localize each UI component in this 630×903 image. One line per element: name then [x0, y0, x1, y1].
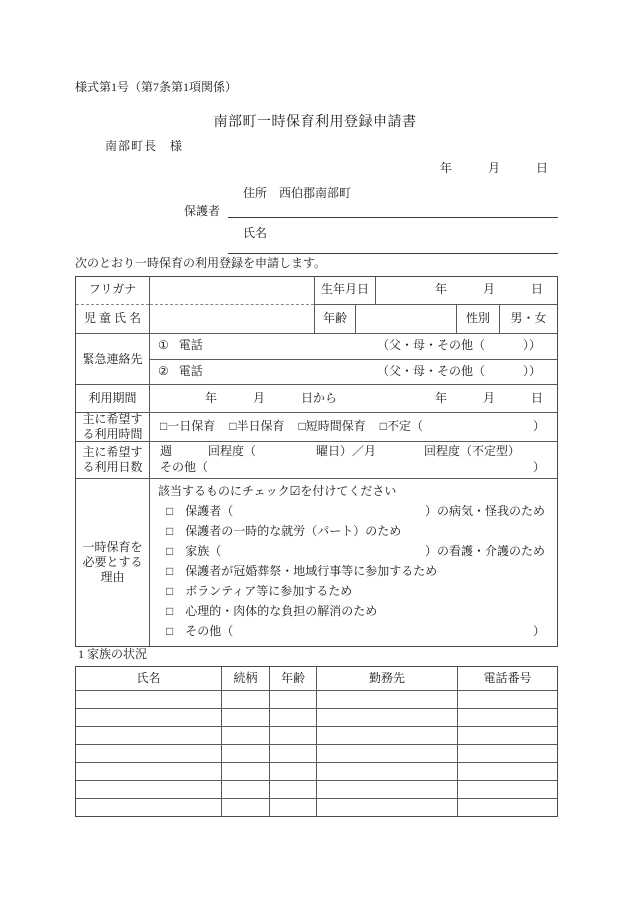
checkbox-icon: □: [166, 584, 173, 600]
desired-time-row: 主に希望す る利用時間 □一日保育 □半日保育 □短時間保育 □不定（ ）: [76, 413, 557, 442]
family-section-title: 1 家族の状況: [78, 647, 147, 663]
phone-label: 電話: [179, 364, 203, 380]
checkbox-icon: □: [229, 419, 236, 433]
option-irregular: □不定（: [380, 419, 423, 435]
family-table-row: [76, 781, 557, 799]
circled-1-icon: ①: [158, 338, 169, 354]
days-other-label: その他（: [160, 460, 208, 476]
address-line: 住所 西伯郡南部町: [243, 186, 351, 202]
reason-instruction: 該当するものにチェック☑を付けてください: [158, 482, 545, 502]
option-full-day: □一日保育: [160, 419, 215, 435]
close-paren: ）: [533, 460, 545, 476]
checkbox-icon: □: [166, 624, 173, 640]
checkbox-icon: □: [380, 419, 387, 433]
age-input-cell: [356, 305, 457, 333]
desired-time-label: 主に希望す る利用時間: [76, 413, 150, 441]
family-table-row: [76, 727, 557, 745]
checkbox-icon: □: [166, 544, 173, 560]
birthdate-placeholder: 年 月 日: [376, 282, 557, 298]
col-header-age: 年齢: [270, 667, 317, 690]
reason-item-other: □ その他（ ）: [158, 622, 545, 642]
relation-options: （父・母・その他（: [377, 364, 485, 380]
emergency-label: 緊急連絡先: [76, 334, 150, 384]
col-header-relation: 続柄: [222, 667, 270, 690]
family-table-row: [76, 763, 557, 781]
reason-item-family-care: □ 家族（ ）の看護・介護のため: [158, 542, 545, 562]
reason-item-mental-relief: □ 心理的・肉体的な負担の解消のため: [158, 602, 545, 622]
phone-label: 電話: [179, 338, 203, 354]
family-table-row: [76, 799, 557, 816]
checkbox-icon: □: [299, 419, 306, 433]
family-status-table: 氏名 続柄 年齢 勤務先 電話番号: [75, 666, 558, 817]
circled-2-icon: ②: [158, 364, 169, 380]
reason-item-volunteer: □ ボランティア等に参加するため: [158, 582, 545, 602]
furigana-label: フリガナ: [76, 277, 149, 305]
intro-text: 次のとおり一時保育の利用登録を申請します。: [75, 256, 326, 272]
period-from-placeholder: 年 月 日から: [205, 391, 337, 407]
birthdate-label: 生年月日: [315, 277, 376, 304]
family-table-row: [76, 691, 557, 709]
desired-days-row: 主に希望す る利用日数 週 回程度（ 曜日）／月 回程度（不定型） その他（ ）: [76, 442, 557, 479]
reason-item-temporary-work: □ 保護者の一時的な就労（パート）のため: [158, 522, 545, 542]
guardian-name-label: 氏名: [243, 226, 267, 242]
reason-item-events: □ 保護者が冠婚葬祭・地域行事等に参加するため: [158, 562, 545, 582]
addressee: 南部町長 様: [105, 139, 183, 155]
child-info-table: フリガナ 児 童 氏 名 生年月日 年 月 日 年齢 性別 男・女: [75, 276, 558, 647]
option-short-time: □短時間保育: [299, 419, 366, 435]
checkbox-icon: □: [166, 564, 173, 580]
checkbox-icon: □: [166, 524, 173, 540]
reason-item-sickness: □ 保護者（ ）の病気・怪我のため: [158, 502, 545, 522]
checked-checkbox-icon: ☑: [290, 484, 301, 500]
period-label: 利用期間: [76, 385, 150, 412]
period-to-placeholder: 年 月 日: [435, 391, 543, 407]
sex-label: 性別: [457, 305, 500, 333]
guardian-label: 保護者: [184, 204, 220, 220]
child-name-label: 児 童 氏 名: [76, 305, 149, 333]
close-paren: ）: [533, 419, 545, 435]
guardian-address-line: [228, 217, 558, 218]
days-frequency-line: 週 回程度（ 曜日）／月 回程度（不定型）: [160, 444, 545, 460]
sex-options: 男・女: [500, 311, 557, 327]
checkbox-icon: □: [166, 604, 173, 620]
furigana-input-cell: [150, 277, 314, 305]
application-form-page: 様式第1号（第7条第1項関係） 南部町一時保育利用登録申請書 南部町長 様 年 …: [0, 0, 630, 903]
relation-close: ））: [523, 338, 541, 354]
date-line: 年 月 日: [440, 161, 548, 177]
family-table-header: 氏名 続柄 年齢 勤務先 電話番号: [76, 667, 557, 691]
checkbox-icon: □: [166, 504, 173, 520]
age-label: 年齢: [315, 305, 356, 333]
guardian-name-line: [228, 253, 558, 254]
child-name-input-cell: [150, 305, 314, 333]
form-number: 様式第1号（第7条第1項関係）: [75, 80, 237, 96]
family-table-row: [76, 709, 557, 727]
reason-row: 一時保育を 必要とする 理由 該当するものにチェック☑を付けてください □ 保護…: [76, 479, 557, 646]
col-header-name: 氏名: [76, 667, 222, 690]
usage-period-row: 利用期間 年 月 日から 年 月 日: [76, 385, 557, 413]
page-title: 南部町一時保育利用登録申請書: [0, 114, 630, 132]
option-half-day: □半日保育: [229, 419, 284, 435]
col-header-phone: 電話番号: [458, 667, 557, 690]
emergency-contact-1: ① 電話 （父・母・その他（ ））: [150, 334, 557, 360]
child-name-block: フリガナ 児 童 氏 名 生年月日 年 月 日 年齢 性別 男・女: [76, 277, 557, 334]
relation-close: ））: [523, 364, 541, 380]
col-header-workplace: 勤務先: [317, 667, 458, 690]
reason-label: 一時保育を 必要とする 理由: [76, 479, 150, 646]
emergency-contact-2: ② 電話 （父・母・その他（ ））: [150, 360, 557, 385]
emergency-contact-row: 緊急連絡先 ① 電話 （父・母・その他（ ）） ② 電話 （父・母・その他（ ）…: [76, 334, 557, 385]
relation-options: （父・母・その他（: [377, 338, 485, 354]
desired-days-label: 主に希望す る利用日数: [76, 442, 150, 478]
family-table-row: [76, 745, 557, 763]
